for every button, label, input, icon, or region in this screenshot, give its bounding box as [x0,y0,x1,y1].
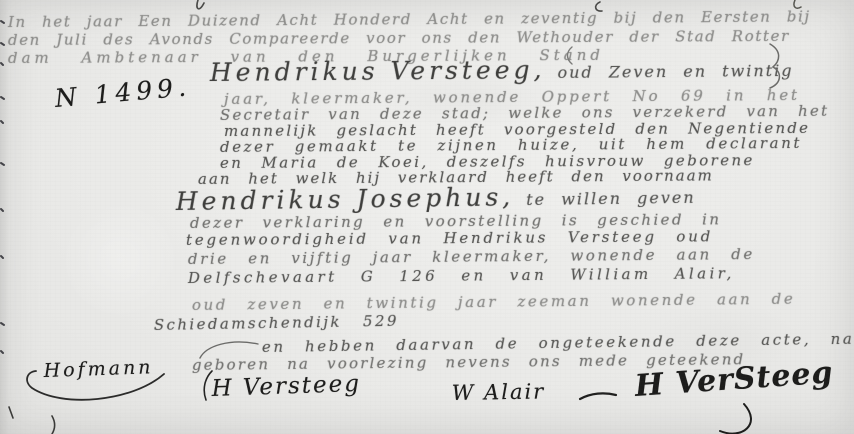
declarant-age: oud Zeven en twintig [557,61,793,82]
paper-smudge [60,200,180,320]
declarant-name: Hendrikus Versteeg, [210,55,546,87]
scan-artifacts [1,21,4,353]
signature-flourish [720,404,751,434]
record-number: N 1499. [54,74,192,111]
margin-official-name: Hofmann [43,358,153,381]
cut-off-stroke [197,0,204,9]
cut-off-stroke [9,407,13,418]
signature-declarant: H Versteeg [211,373,361,401]
declarant-name-line: Hendrikus Versteeg,oud Zeven en twintig [210,55,794,85]
document-scan: In het jaar Een Duizend Acht Honderd Ach… [0,0,854,434]
handwritten-line: Delfschevaart G 126 en van William Alair… [188,266,735,286]
handwritten-line: Schiedamschendijk 529 [154,314,399,333]
signature-witness: W Alair [452,381,546,404]
cut-off-stroke [52,416,55,434]
handwritten-line: oud zeven en twintig jaar zeeman wonende… [192,292,796,313]
child-name-tail: te willen geven [526,188,696,209]
pen-stroke [580,393,616,399]
handwritten-line: den Juli des Avonds Compareerde voor ons… [8,29,790,48]
child-name: Hendrikus Josephus, [176,182,515,216]
child-name-line: Hendrikus Josephus,te willen geven [176,182,696,214]
